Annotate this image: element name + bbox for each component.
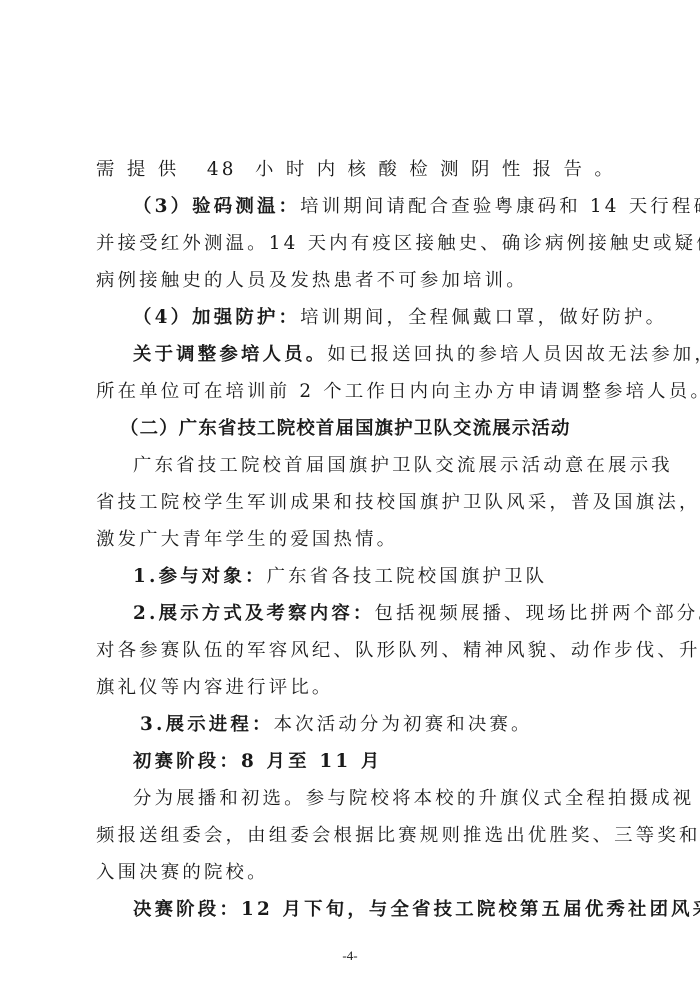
paragraph-line: 1.参与对象：广东省各技工院校国旗护卫队 [133, 564, 616, 590]
paragraph-line: 3.展示进程：本次活动分为初赛和决赛。 [140, 712, 616, 738]
bold-lead: （4）加强防护： [133, 307, 300, 328]
bold-lead: 1.参与对象： [133, 566, 267, 587]
body-text: 并接受红外测温。14 天内有疫区接触史、确诊病例接触史或疑似 [96, 233, 700, 254]
bold-lead: 3.展示进程： [140, 714, 274, 735]
paragraph-line: 入围决赛的院校。 [96, 860, 616, 886]
page-number: -4- [0, 948, 700, 964]
body-text: 包括视频展播、现场比拼两个部分。 [375, 603, 700, 624]
paragraph-line: 需提供 48 小时内核酸检测阴性报告。 [96, 157, 616, 183]
paragraph-line: （3）验码测温：培训期间请配合查验粤康码和 14 天行程码， [133, 194, 616, 220]
paragraph-line: 激发广大青年学生的爱国热情。 [96, 527, 616, 553]
paragraph-line: 所在单位可在培训前 2 个工作日内向主办方申请调整参培人员。 [96, 379, 616, 405]
body-text: 如已报送回执的参培人员因故无法参加， [327, 344, 700, 365]
paragraph-line: （4）加强防护：培训期间，全程佩戴口罩，做好防护。 [133, 305, 616, 331]
paragraph-line: 分为展播和初选。参与院校将本校的升旗仪式全程拍摄成视 [133, 786, 616, 812]
bold-lead: 2.展示方式及考察内容： [133, 603, 375, 624]
body-text: 广东省技工院校首届国旗护卫队交流展示活动意在展示我 [133, 455, 673, 476]
bold-lead: 决赛阶段：12 月下旬，与全省技工院校第五届优秀社团风采 [133, 899, 700, 920]
section-heading: （二）广东省技工院校首届国旗护卫队交流展示活动 [120, 416, 640, 442]
paragraph-line: 病例接触史的人员及发热患者不可参加培训。 [96, 268, 616, 294]
document-page: 需提供 48 小时内核酸检测阴性报告。 （3）验码测温：培训期间请配合查验粤康码… [0, 0, 700, 990]
paragraph-line: 省技工院校学生军训成果和技校国旗护卫队风采，普及国旗法， [96, 490, 616, 516]
body-text: 分为展播和初选。参与院校将本校的升旗仪式全程拍摄成视 [133, 788, 694, 809]
paragraph-line: 初赛阶段：8 月至 11 月 [133, 749, 616, 775]
body-text: 广东省各技工院校国旗护卫队 [267, 566, 548, 587]
body-text: 频报送组委会，由组委会根据比赛规则推选出优胜奖、三等奖和 [96, 825, 700, 846]
body-text: 省技工院校学生军训成果和技校国旗护卫队风采，普及国旗法， [96, 492, 700, 513]
paragraph-line: 决赛阶段：12 月下旬，与全省技工院校第五届优秀社团风采 [133, 897, 616, 923]
body-text: 本次活动分为初赛和决赛。 [274, 714, 533, 735]
heading-text: （二）广东省技工院校首届国旗护卫队交流展示活动 [120, 418, 571, 439]
paragraph-line: 2.展示方式及考察内容：包括视频展播、现场比拼两个部分。 [133, 601, 616, 627]
body-text: 培训期间，全程佩戴口罩，做好防护。 [300, 307, 667, 328]
body-text: 需提供 48 小时内核酸检测阴性报告。 [96, 159, 616, 180]
body-text: 入围决赛的院校。 [96, 862, 269, 883]
paragraph-line: 旗礼仪等内容进行评比。 [96, 675, 616, 701]
bold-lead: （3）验码测温： [133, 196, 300, 217]
paragraph-line: 关于调整参培人员。如已报送回执的参培人员因故无法参加， [133, 342, 616, 368]
body-text: 激发广大青年学生的爱国热情。 [96, 529, 398, 550]
body-text: 所在单位可在培训前 2 个工作日内向主办方申请调整参培人员。 [96, 381, 700, 402]
bold-lead: 初赛阶段：8 月至 11 月 [133, 751, 383, 772]
body-text: 培训期间请配合查验粤康码和 14 天行程码， [300, 196, 700, 217]
bold-lead: 关于调整参培人员。 [133, 344, 327, 365]
body-text: 病例接触史的人员及发热患者不可参加培训。 [96, 270, 528, 291]
body-text: 对各参赛队伍的军容风纪、队形队列、精神风貌、动作步伐、升 [96, 640, 700, 661]
paragraph-line: 广东省技工院校首届国旗护卫队交流展示活动意在展示我 [133, 453, 616, 479]
paragraph-line: 对各参赛队伍的军容风纪、队形队列、精神风貌、动作步伐、升 [96, 638, 616, 664]
paragraph-line: 频报送组委会，由组委会根据比赛规则推选出优胜奖、三等奖和 [96, 823, 616, 849]
paragraph-line: 并接受红外测温。14 天内有疫区接触史、确诊病例接触史或疑似 [96, 231, 616, 257]
body-text: 旗礼仪等内容进行评比。 [96, 677, 334, 698]
